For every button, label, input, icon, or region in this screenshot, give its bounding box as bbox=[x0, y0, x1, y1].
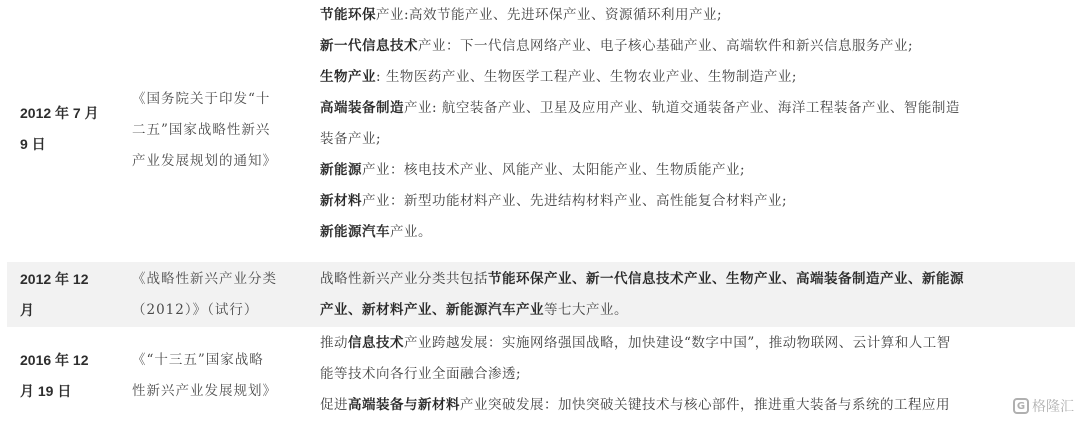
table-row: 2012 年 7 月 9 日 《国务院关于印发“十 二五”国家战略性新兴 产业发… bbox=[7, 0, 1075, 262]
document-cell: 《战略性新兴产业分类 （2012）》（试行） bbox=[132, 264, 304, 326]
document-line: 性新兴产业发展规划》 bbox=[132, 376, 304, 407]
date-line: 月 bbox=[20, 295, 130, 326]
date-line: 9 日 bbox=[20, 129, 130, 160]
document-line: 《战略性新兴产业分类 bbox=[132, 264, 304, 295]
content-cell: 战略性新兴产业分类共包括节能环保产业、新一代信息技术产业、生物产业、高端装备制造… bbox=[320, 264, 1075, 326]
date-cell: 2012 年 7 月 9 日 bbox=[20, 98, 130, 160]
document-cell: 《“十三五”国家战略 性新兴产业发展规划》 bbox=[132, 345, 304, 407]
content-line: 新一代信息技术产业：下一代信息网络产业、电子核心基础产业、高端软件和新兴信息服务… bbox=[320, 31, 1075, 62]
watermark-text: 格隆汇 bbox=[1032, 396, 1074, 416]
date-line: 2012 年 12 bbox=[20, 264, 130, 295]
content-cell: 推动信息技术产业跨越发展：实施网络强国战略，加快建设“数字中国”，推动物联网、云… bbox=[320, 328, 1075, 421]
table-row: 2012 年 12 月 《战略性新兴产业分类 （2012）》（试行） 战略性新兴… bbox=[7, 262, 1075, 327]
content-line: 新材料产业：新型功能材料产业、先进结构材料产业、高性能复合材料产业; bbox=[320, 186, 1075, 217]
gelonghui-logo-icon: G bbox=[1013, 398, 1029, 414]
date-cell: 2016 年 12 月 19 日 bbox=[20, 345, 130, 407]
content-line: 高端装备制造产业: 航空装备产业、卫星及应用产业、轨道交通装备产业、海洋工程装备… bbox=[320, 93, 1075, 124]
content-line: 产业、新材料产业、新能源汽车产业等七大产业。 bbox=[320, 295, 1075, 326]
document-line: 《国务院关于印发“十 bbox=[132, 84, 304, 115]
content-line: 战略性新兴产业分类共包括节能环保产业、新一代信息技术产业、生物产业、高端装备制造… bbox=[320, 264, 1075, 295]
content-line: 装备产业; bbox=[320, 124, 1075, 155]
content-line: 节能环保产业:高效节能产业、先进环保产业、资源循环利用产业; bbox=[320, 0, 1075, 31]
content-line: 能等技术向各行业全面融合渗透; bbox=[320, 359, 1075, 390]
document-line: 二五”国家战略性新兴 bbox=[132, 115, 304, 146]
document-line: 产业发展规划的通知》 bbox=[132, 146, 304, 177]
content-cell: 节能环保产业:高效节能产业、先进环保产业、资源循环利用产业; 新一代信息技术产业… bbox=[320, 0, 1075, 248]
watermark: G 格隆汇 bbox=[1013, 396, 1074, 416]
content-line: 推动信息技术产业跨越发展：实施网络强国战略，加快建设“数字中国”，推动物联网、云… bbox=[320, 328, 1075, 359]
date-line: 月 19 日 bbox=[20, 376, 130, 407]
document-line: 《“十三五”国家战略 bbox=[132, 345, 304, 376]
date-cell: 2012 年 12 月 bbox=[20, 264, 130, 326]
content-line: 生物产业: 生物医药产业、生物医学工程产业、生物农业产业、生物制造产业; bbox=[320, 62, 1075, 93]
table-row: 2016 年 12 月 19 日 《“十三五”国家战略 性新兴产业发展规划》 推… bbox=[7, 327, 1075, 422]
document-cell: 《国务院关于印发“十 二五”国家战略性新兴 产业发展规划的通知》 bbox=[132, 84, 304, 177]
date-line: 2012 年 7 月 bbox=[20, 98, 130, 129]
content-line: 新能源汽车产业。 bbox=[320, 217, 1075, 248]
document-line: （2012）》（试行） bbox=[132, 295, 304, 326]
content-line: 促进高端装备与新材料产业突破发展：加快突破关键技术与核心部件，推进重大装备与系统… bbox=[320, 390, 1075, 421]
content-line: 新能源产业：核电技术产业、风能产业、太阳能产业、生物质能产业; bbox=[320, 155, 1075, 186]
date-line: 2016 年 12 bbox=[20, 345, 130, 376]
